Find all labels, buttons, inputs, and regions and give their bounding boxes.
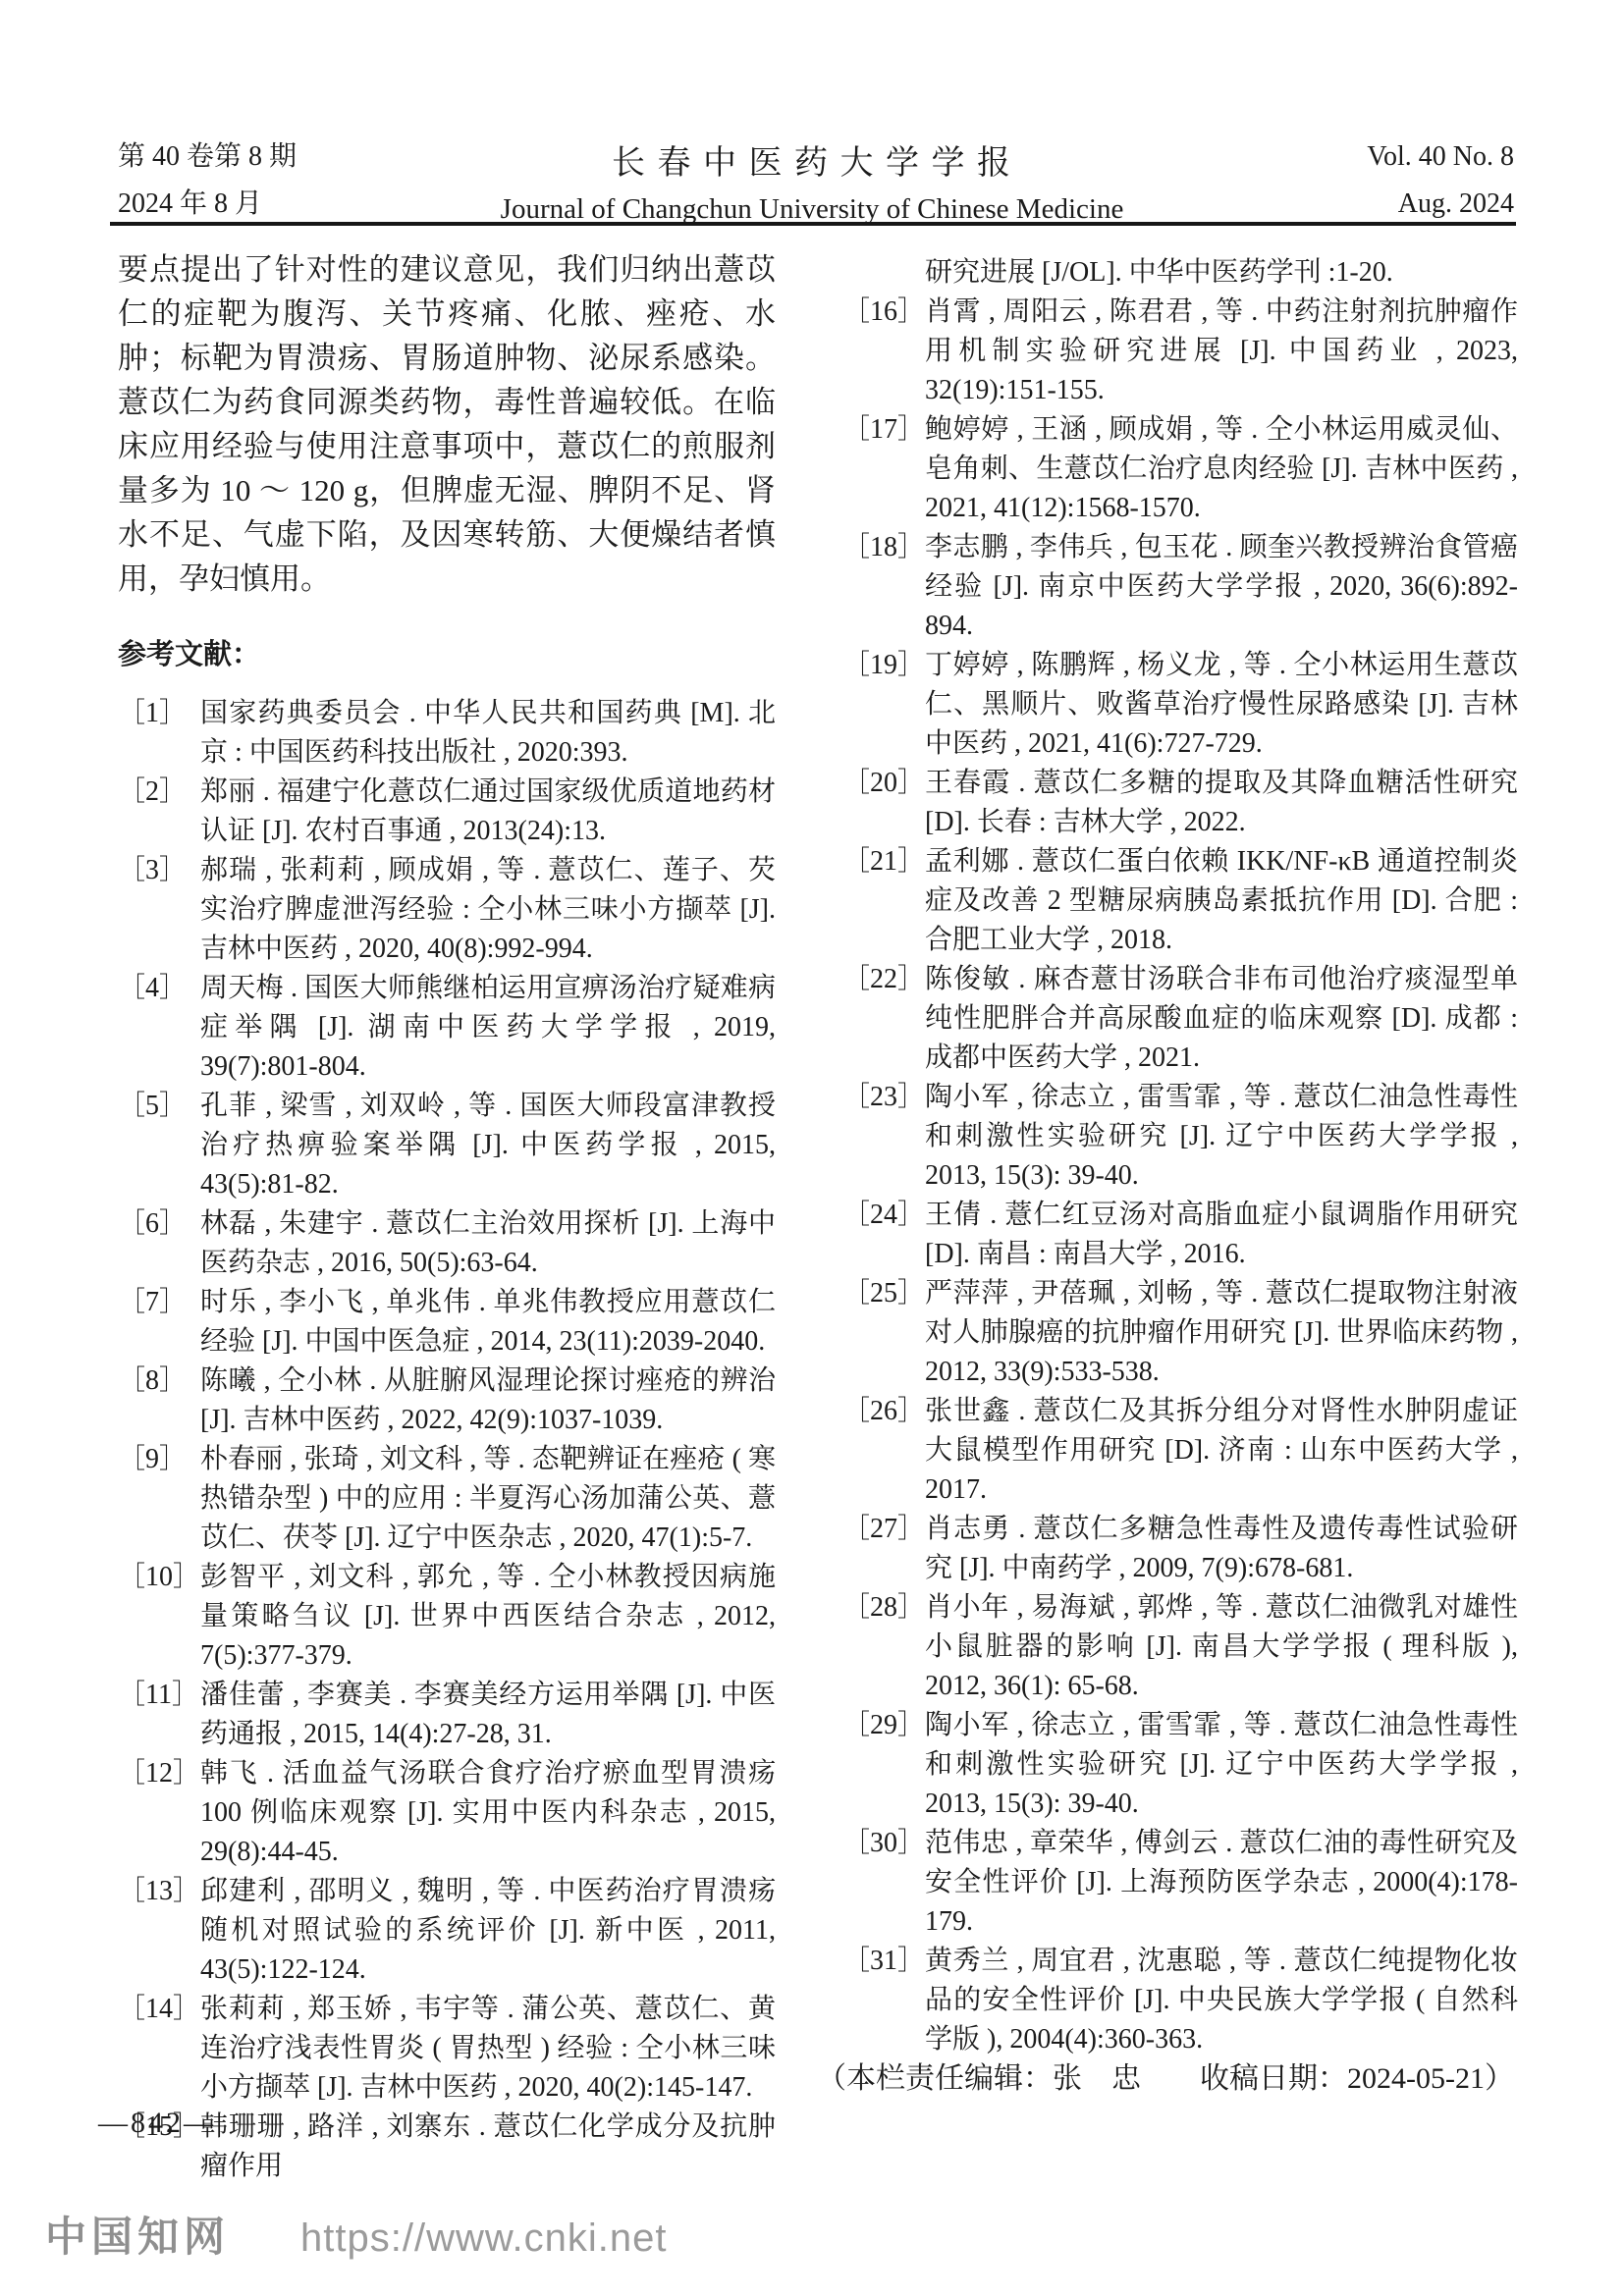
reference-label: ［2］ — [118, 773, 200, 851]
reference-item: ［25］ 严萍萍 , 尹蓓珮 , 刘畅 , 等 . 薏苡仁提取物注射液对人肺腺癌… — [842, 1274, 1518, 1392]
reference-label: ［19］ — [842, 646, 925, 764]
reference-item: ［27］ 肖志勇 . 薏苡仁多糖急性毒性及遗传毒性试验研究 [J]. 中南药学 … — [842, 1510, 1518, 1588]
reference-label: ［20］ — [842, 764, 925, 842]
reference-list-left: ［1］ 国家药典委员会 . 中华人民共和国药典 [M]. 北京 : 中国医药科技… — [118, 694, 776, 2186]
reference-text: 黄秀兰 , 周宜君 , 沈惠聪 , 等 . 薏苡仁纯提物化妆品的安全性评价 [J… — [925, 1942, 1518, 2059]
reference-item: ［18］ 李志鹏 , 李伟兵 , 包玉花 . 顾奎兴教授辨治食管癌经验 [J].… — [842, 528, 1518, 646]
reference-label: ［18］ — [842, 528, 925, 646]
reference-label: ［26］ — [842, 1392, 925, 1510]
reference-15-continuation: 研究进展 [J/OL]. 中华中医药学刊 :1-20. — [842, 253, 1518, 293]
reference-label: ［14］ — [118, 1990, 200, 2108]
reference-item: ［9］ 朴春丽 , 张琦 , 刘文科 , 等 . 态靶辨证在痤疮 ( 寒热错杂型… — [118, 1440, 776, 1558]
reference-item: ［2］ 郑丽 . 福建宁化薏苡仁通过国家级优质道地药材认证 [J]. 农村百事通… — [118, 773, 776, 851]
reference-label: ［29］ — [842, 1706, 925, 1824]
header-divider-rule — [110, 222, 1516, 226]
reference-item: ［24］ 王倩 . 薏仁红豆汤对高脂血症小鼠调脂作用研究 [D]. 南昌 : 南… — [842, 1196, 1518, 1274]
cnki-watermark: 中国知网 https://www.cnki.net — [45, 2205, 668, 2264]
reference-item: ［17］ 鲍婷婷 , 王涵 , 顾成娟 , 等 . 仝小林运用威灵仙、皂角刺、生… — [842, 410, 1518, 528]
reference-label: ［28］ — [842, 1588, 925, 1706]
reference-text: 张莉莉 , 郑玉娇 , 韦宇等 . 蒲公英、薏苡仁、黄连治疗浅表性胃炎 ( 胃热… — [200, 1990, 776, 2108]
reference-text: 郑丽 . 福建宁化薏苡仁通过国家级优质道地药材认证 [J]. 农村百事通 , 2… — [200, 773, 776, 851]
reference-label: ［12］ — [118, 1754, 200, 1872]
reference-label: ［31］ — [842, 1942, 925, 2059]
reference-list-right: ［16］ 肖霄 , 周阳云 , 陈君君 , 等 . 中药注射剂抗肿瘤作用机制实验… — [842, 293, 1518, 2059]
reference-label: ［23］ — [842, 1078, 925, 1196]
reference-item: ［26］ 张世鑫 . 薏苡仁及其拆分组分对肾性水肿阴虚证大鼠模型作用研究 [D]… — [842, 1392, 1518, 1510]
cnki-watermark-name: 中国知网 — [45, 2205, 230, 2264]
reference-label: ［30］ — [842, 1824, 925, 1942]
reference-item: ［19］ 丁婷婷 , 陈鹏辉 , 杨义龙 , 等 . 仝小林运用生薏苡仁、黑顺片… — [842, 646, 1518, 764]
reference-text: 范伟忠 , 章荣华 , 傅剑云 . 薏苡仁油的毒性研究及安全性评价 [J]. 上… — [925, 1824, 1518, 1942]
reference-item: ［14］ 张莉莉 , 郑玉娇 , 韦宇等 . 蒲公英、薏苡仁、黄连治疗浅表性胃炎… — [118, 1990, 776, 2108]
reference-item: ［3］ 郝瑞 , 张莉莉 , 顾成娟 , 等 . 薏苡仁、莲子、芡实治疗脾虚泄泻… — [118, 851, 776, 969]
reference-item: ［13］ 邱建利 , 邵明义 , 魏明 , 等 . 中医药治疗胃溃疡随机对照试验… — [118, 1872, 776, 1990]
reference-label: ［11］ — [118, 1676, 200, 1754]
reference-item: ［31］ 黄秀兰 , 周宜君 , 沈惠聪 , 等 . 薏苡仁纯提物化妆品的安全性… — [842, 1942, 1518, 2059]
reference-text: 丁婷婷 , 陈鹏辉 , 杨义龙 , 等 . 仝小林运用生薏苡仁、黑顺片、败酱草治… — [925, 646, 1518, 764]
reference-text: 周天梅 . 国医大师熊继柏运用宣痹汤治疗疑难病症举隅 [J]. 湖南中医药大学学… — [200, 969, 776, 1087]
reference-label: ［24］ — [842, 1196, 925, 1274]
reference-text: 彭智平 , 刘文科 , 郭允 , 等 . 仝小林教授因病施量策略刍议 [J]. … — [200, 1558, 776, 1676]
reference-item: ［29］ 陶小军 , 徐志立 , 雷雪霏 , 等 . 薏苡仁油急性毒性和刺激性实… — [842, 1706, 1518, 1824]
reference-label: ［3］ — [118, 851, 200, 969]
reference-text: 陈曦 , 仝小林 . 从脏腑风湿理论探讨痤疮的辨治 [J]. 吉林中医药 , 2… — [200, 1362, 776, 1440]
reference-text: 时乐 , 李小飞 , 单兆伟 . 单兆伟教授应用薏苡仁经验 [J]. 中国中医急… — [200, 1283, 776, 1362]
reference-label: ［22］ — [842, 960, 925, 1078]
reference-text: 潘佳蕾 , 李赛美 . 李赛美经方运用举隅 [J]. 中医药通报 , 2015,… — [200, 1676, 776, 1754]
reference-item: ［6］ 林磊 , 朱建宇 . 薏苡仁主治效用探析 [J]. 上海中医药杂志 , … — [118, 1204, 776, 1283]
reference-label: ［17］ — [842, 410, 925, 528]
reference-item: ［21］ 孟利娜 . 薏苡仁蛋白依赖 IKK/NF-κB 通道控制炎症及改善 2… — [842, 842, 1518, 960]
reference-item: ［8］ 陈曦 , 仝小林 . 从脏腑风湿理论探讨痤疮的辨治 [J]. 吉林中医药… — [118, 1362, 776, 1440]
reference-text: 肖霄 , 周阳云 , 陈君君 , 等 . 中药注射剂抗肿瘤作用机制实验研究进展 … — [925, 293, 1518, 410]
reference-item: ［5］ 孔菲 , 梁雪 , 刘双岭 , 等 . 国医大师段富津教授治疗热痹验案举… — [118, 1087, 776, 1204]
reference-item: ［11］ 潘佳蕾 , 李赛美 . 李赛美经方运用举隅 [J]. 中医药通报 , … — [118, 1676, 776, 1754]
reference-item: ［15］ 韩珊珊 , 路洋 , 刘寨东 . 薏苡仁化学成分及抗肿瘤作用 — [118, 2108, 776, 2186]
reference-label: ［21］ — [842, 842, 925, 960]
journal-page: 第 40 卷第 8 期 2024 年 8 月 长 春 中 医 药 大 学 学 报… — [0, 0, 1624, 2296]
reference-item: ［12］ 韩飞 . 活血益气汤联合食疗治疗瘀血型胃溃疡 100 例临床观察 [J… — [118, 1754, 776, 1872]
reference-text: 肖志勇 . 薏苡仁多糖急性毒性及遗传毒性试验研究 [J]. 中南药学 , 200… — [925, 1510, 1518, 1588]
reference-label: ［4］ — [118, 969, 200, 1087]
reference-item: ［28］ 肖小年 , 易海斌 , 郭烨 , 等 . 薏苡仁油微乳对雄性小鼠脏器的… — [842, 1588, 1518, 1706]
editor-note: （本栏责任编辑：张 忠 收稿日期：2024-05-21） — [817, 2054, 1514, 2097]
reference-text: 陈俊敏 . 麻杏薏甘汤联合非布司他治疗痰湿型单纯性肥胖合并高尿酸血症的临床观察 … — [925, 960, 1518, 1078]
issue-number-en: Vol. 40 No. 8 — [1367, 133, 1514, 181]
reference-label: ［8］ — [118, 1362, 200, 1440]
reference-text: 孔菲 , 梁雪 , 刘双岭 , 等 . 国医大师段富津教授治疗热痹验案举隅 [J… — [200, 1087, 776, 1204]
reference-label: ［5］ — [118, 1087, 200, 1204]
reference-label: ［16］ — [842, 293, 925, 410]
right-column: 研究进展 [J/OL]. 中华中医药学刊 :1-20. ［16］ 肖霄 , 周阳… — [842, 253, 1518, 2059]
reference-text: 肖小年 , 易海斌 , 郭烨 , 等 . 薏苡仁油微乳对雄性小鼠脏器的影响 [J… — [925, 1588, 1518, 1706]
reference-text: 陶小军 , 徐志立 , 雷雪霏 , 等 . 薏苡仁油急性毒性和刺激性实验研究 [… — [925, 1706, 1518, 1824]
reference-item: ［1］ 国家药典委员会 . 中华人民共和国药典 [M]. 北京 : 中国医药科技… — [118, 694, 776, 773]
left-column: 要点提出了针对性的建议意见，我们归纳出薏苡仁的症靶为腹泻、关节疼痛、化脓、痤疮、… — [118, 247, 776, 2186]
reference-text: 韩珊珊 , 路洋 , 刘寨东 . 薏苡仁化学成分及抗肿瘤作用 — [200, 2108, 776, 2186]
reference-item: ［7］ 时乐 , 李小飞 , 单兆伟 . 单兆伟教授应用薏苡仁经验 [J]. 中… — [118, 1283, 776, 1362]
header-volume-block: Vol. 40 No. 8 Aug. 2024 — [1367, 133, 1514, 228]
reference-label: ［9］ — [118, 1440, 200, 1558]
references-heading: 参考文献： — [118, 632, 776, 672]
reference-label: ［25］ — [842, 1274, 925, 1392]
reference-item: ［22］ 陈俊敏 . 麻杏薏甘汤联合非布司他治疗痰湿型单纯性肥胖合并高尿酸血症的… — [842, 960, 1518, 1078]
reference-text: 王春霞 . 薏苡仁多糖的提取及其降血糖活性研究 [D]. 长春 : 吉林大学 ,… — [925, 764, 1518, 842]
reference-text: 鲍婷婷 , 王涵 , 顾成娟 , 等 . 仝小林运用威灵仙、皂角刺、生薏苡仁治疗… — [925, 410, 1518, 528]
reference-label: ［13］ — [118, 1872, 200, 1990]
reference-item: ［16］ 肖霄 , 周阳云 , 陈君君 , 等 . 中药注射剂抗肿瘤作用机制实验… — [842, 293, 1518, 410]
reference-label: ［1］ — [118, 694, 200, 773]
reference-text: 林磊 , 朱建宇 . 薏苡仁主治效用探析 [J]. 上海中医药杂志 , 2016… — [200, 1204, 776, 1283]
reference-item: ［30］ 范伟忠 , 章荣华 , 傅剑云 . 薏苡仁油的毒性研究及安全性评价 [… — [842, 1824, 1518, 1942]
reference-label: ［6］ — [118, 1204, 200, 1283]
issue-date-en: Aug. 2024 — [1367, 181, 1514, 228]
reference-item: ［20］ 王春霞 . 薏苡仁多糖的提取及其降血糖活性研究 [D]. 长春 : 吉… — [842, 764, 1518, 842]
reference-item: ［10］ 彭智平 , 刘文科 , 郭允 , 等 . 仝小林教授因病施量策略刍议 … — [118, 1558, 776, 1676]
reference-text: 朴春丽 , 张琦 , 刘文科 , 等 . 态靶辨证在痤疮 ( 寒热错杂型 ) 中… — [200, 1440, 776, 1558]
reference-text: 王倩 . 薏仁红豆汤对高脂血症小鼠调脂作用研究 [D]. 南昌 : 南昌大学 ,… — [925, 1196, 1518, 1274]
reference-text: 孟利娜 . 薏苡仁蛋白依赖 IKK/NF-κB 通道控制炎症及改善 2 型糖尿病… — [925, 842, 1518, 960]
reference-text: 李志鹏 , 李伟兵 , 包玉花 . 顾奎兴教授辨治食管癌经验 [J]. 南京中医… — [925, 528, 1518, 646]
reference-text: 陶小军 , 徐志立 , 雷雪霏 , 等 . 薏苡仁油急性毒性和刺激性实验研究 [… — [925, 1078, 1518, 1196]
reference-item: ［23］ 陶小军 , 徐志立 , 雷雪霏 , 等 . 薏苡仁油急性毒性和刺激性实… — [842, 1078, 1518, 1196]
reference-item: ［4］ 周天梅 . 国医大师熊继柏运用宣痹汤治疗疑难病症举隅 [J]. 湖南中医… — [118, 969, 776, 1087]
cnki-watermark-url: https://www.cnki.net — [300, 2216, 667, 2261]
reference-label: ［27］ — [842, 1510, 925, 1588]
reference-text: 国家药典委员会 . 中华人民共和国药典 [M]. 北京 : 中国医药科技出版社 … — [200, 694, 776, 773]
page-number: —842— — [98, 2107, 216, 2140]
reference-text: 严萍萍 , 尹蓓珮 , 刘畅 , 等 . 薏苡仁提取物注射液对人肺腺癌的抗肿瘤作… — [925, 1274, 1518, 1392]
reference-text: 郝瑞 , 张莉莉 , 顾成娟 , 等 . 薏苡仁、莲子、芡实治疗脾虚泄泻经验 :… — [200, 851, 776, 969]
reference-label: ［7］ — [118, 1283, 200, 1362]
reference-text: 邱建利 , 邵明义 , 魏明 , 等 . 中医药治疗胃溃疡随机对照试验的系统评价… — [200, 1872, 776, 1990]
intro-paragraph: 要点提出了针对性的建议意见，我们归纳出薏苡仁的症靶为腹泻、关节疼痛、化脓、痤疮、… — [118, 247, 776, 601]
reference-text: 张世鑫 . 薏苡仁及其拆分组分对肾性水肿阴虚证大鼠模型作用研究 [D]. 济南 … — [925, 1392, 1518, 1510]
reference-label: ［10］ — [118, 1558, 200, 1676]
reference-text: 韩飞 . 活血益气汤联合食疗治疗瘀血型胃溃疡 100 例临床观察 [J]. 实用… — [200, 1754, 776, 1872]
